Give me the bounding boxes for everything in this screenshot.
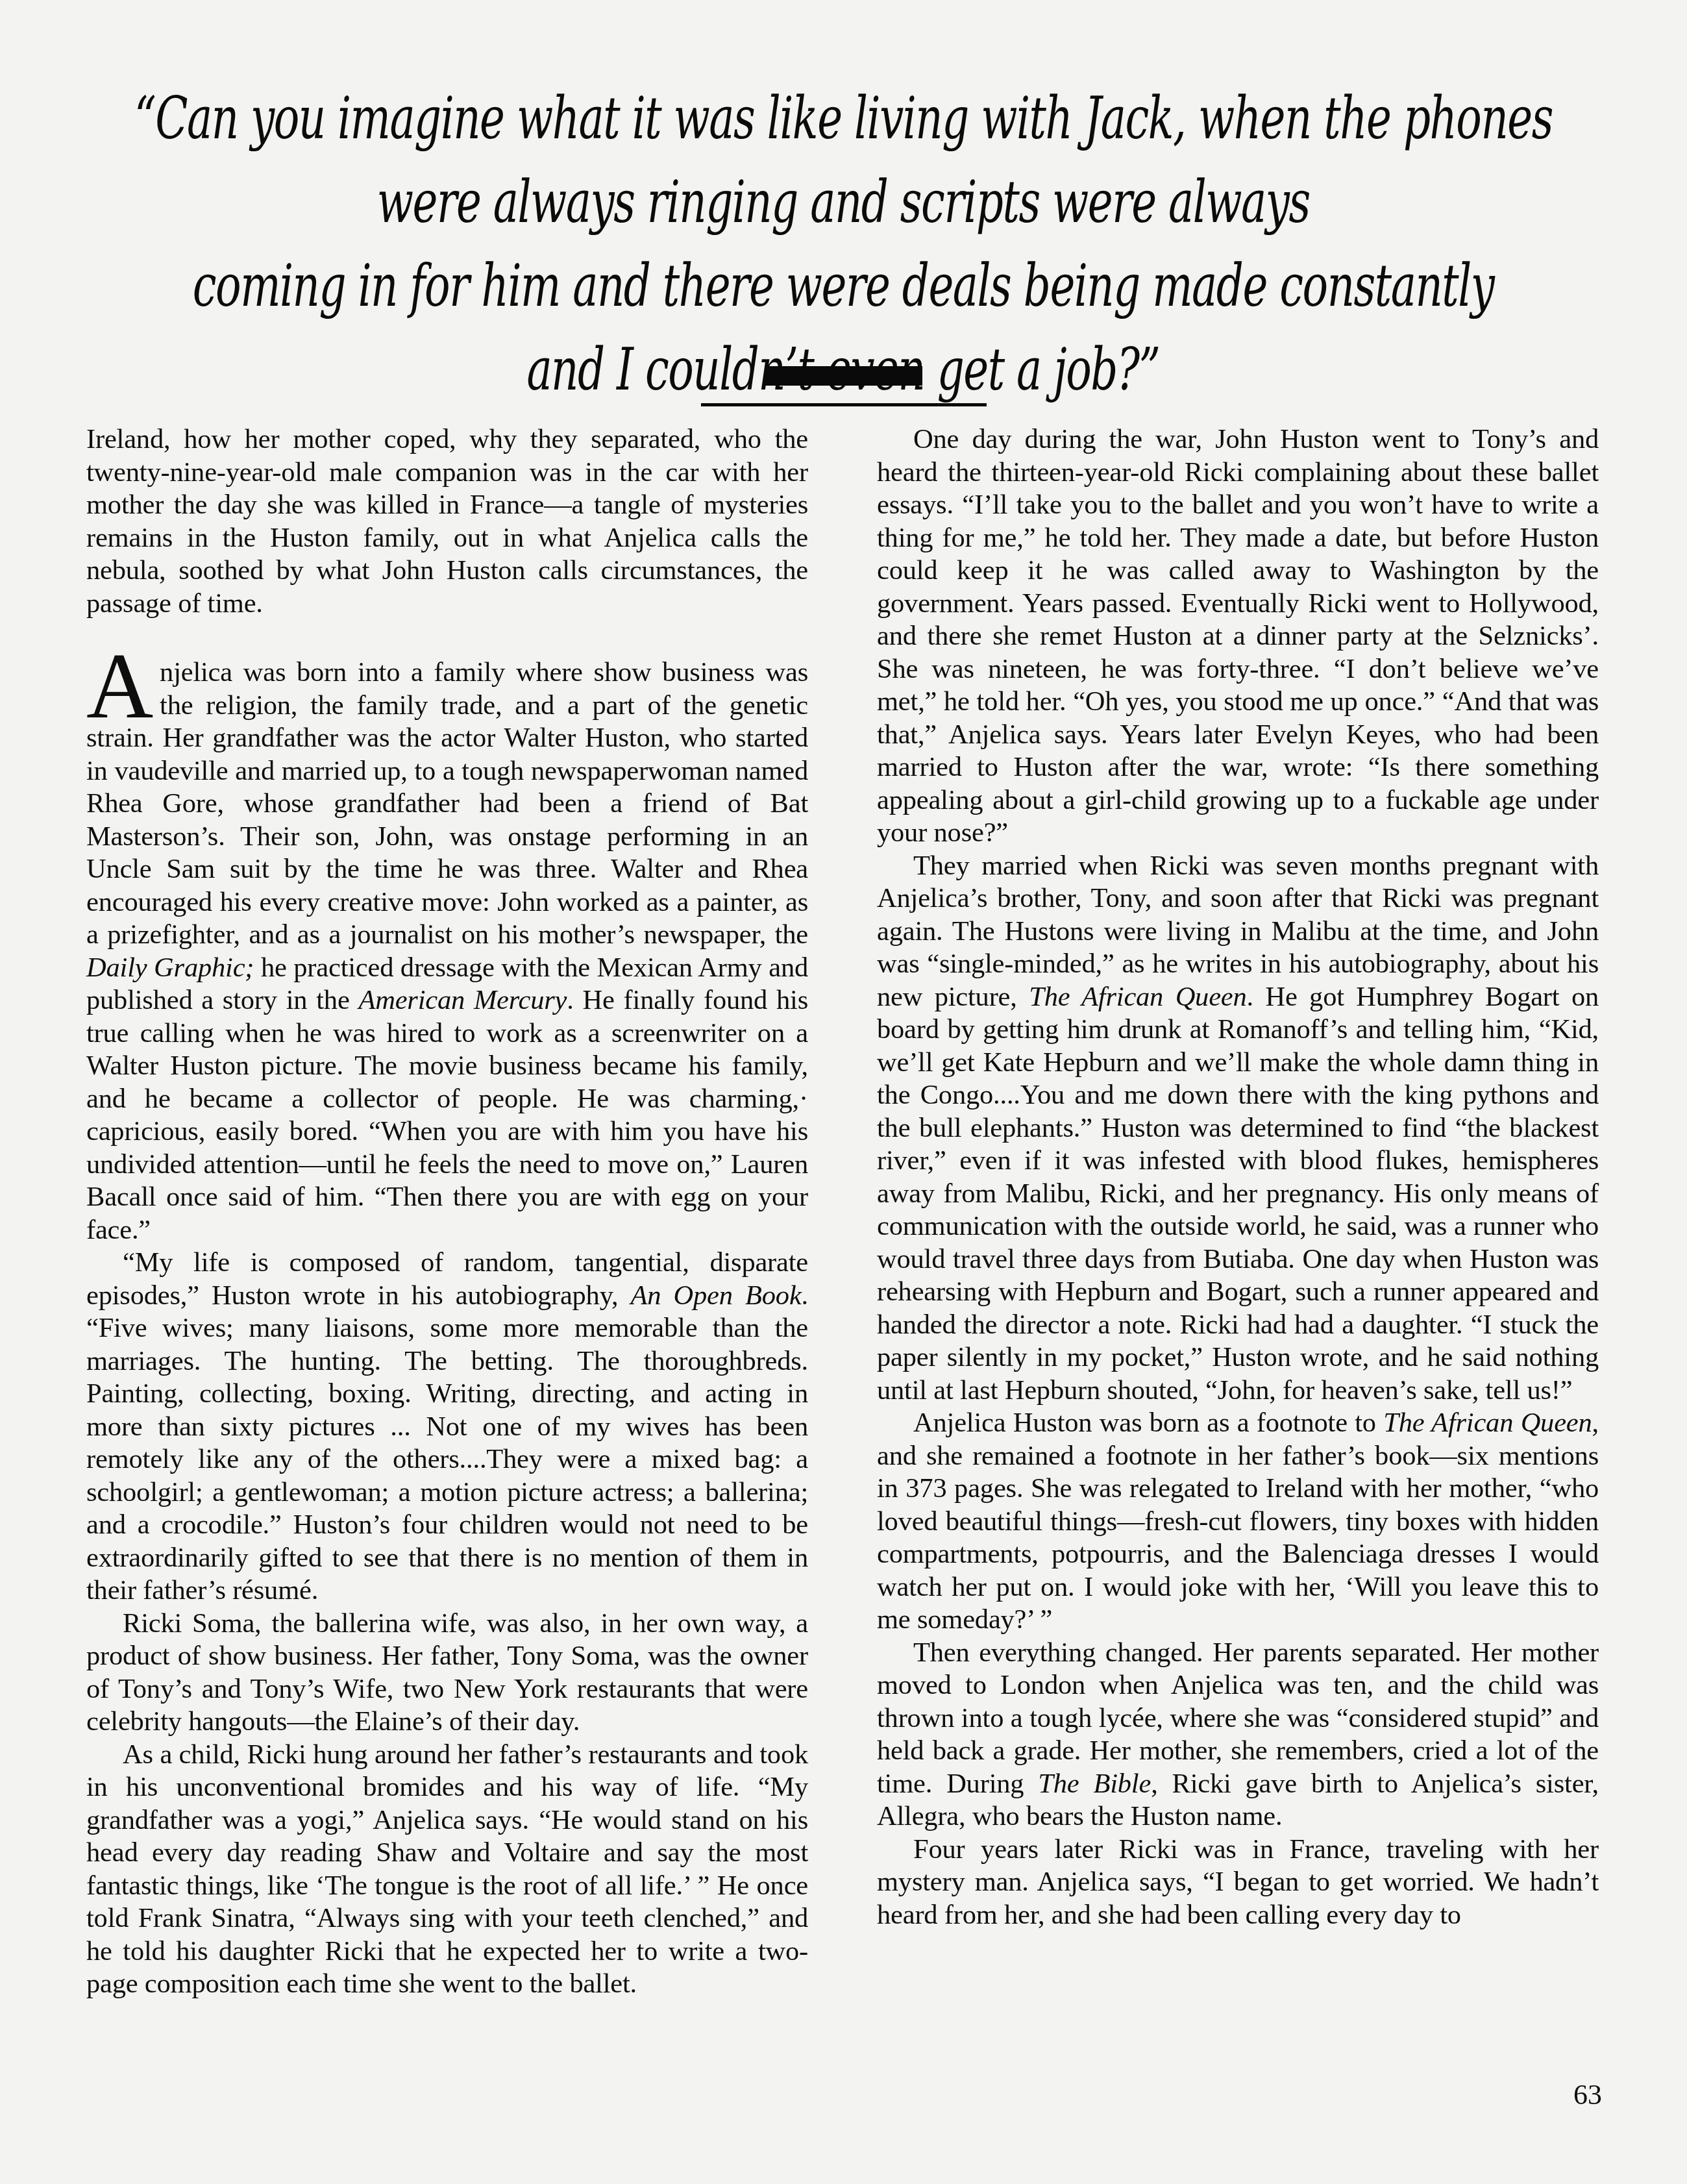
page-number: 63: [1573, 2079, 1602, 2111]
pull-quote: “Can you imagine what it was like living…: [0, 77, 1687, 412]
text-segment: . He finally found his true calling when…: [86, 985, 808, 1245]
text-segment: Four years later Ricki was in France, tr…: [877, 1834, 1599, 1930]
text-segment: As a child, Ricki hung around her father…: [86, 1739, 808, 2000]
drop-cap-letter: A: [86, 654, 160, 719]
text-segment: Anjelica Huston was born as a footnote t…: [913, 1408, 1383, 1438]
paragraph: Ricki Soma, the ballerina wife, was also…: [86, 1607, 808, 1739]
text-segment: . He got Humphrey Bogart on board by get…: [877, 982, 1599, 1406]
right-column: One day during the war, John Huston went…: [877, 423, 1599, 2001]
paragraph: Anjelica Huston was born as a footnote t…: [877, 1407, 1599, 1637]
paragraph: “My life is composed of random, tangenti…: [86, 1247, 808, 1607]
italic-text-segment: The African Queen: [1029, 982, 1246, 1012]
italic-text-segment: An Open Book: [631, 1280, 802, 1311]
article-body: Ireland, how her mother coped, why they …: [86, 423, 1599, 2001]
text-segment: . “Five wives; many liaisons, some more …: [86, 1280, 808, 1606]
section-divider: [0, 366, 1687, 406]
italic-text-segment: The Bible: [1038, 1768, 1151, 1799]
italic-text-segment: American Mercury: [358, 985, 567, 1015]
text-segment: , and she remained a footnote in her fat…: [877, 1408, 1599, 1635]
magazine-page: “Can you imagine what it was like living…: [0, 0, 1687, 2184]
pull-quote-line-1: “Can you imagine what it was like living…: [134, 77, 1553, 160]
paragraph: Four years later Ricki was in France, tr…: [877, 1833, 1599, 1932]
pull-quote-line-3: coming in for him and there were deals b…: [193, 244, 1494, 328]
paragraph: Anjelica was born into a family where sh…: [86, 656, 808, 1247]
paragraph: Ireland, how her mother coped, why they …: [86, 423, 808, 620]
text-segment: njelica was born into a family where sho…: [86, 657, 808, 950]
left-column: Ireland, how her mother coped, why they …: [86, 423, 808, 2001]
divider-thick-bar: [765, 366, 922, 386]
text-segment: Ricki Soma, the ballerina wife, was also…: [86, 1608, 808, 1737]
paragraph: They married when Ricki was seven months…: [877, 850, 1599, 1408]
text-segment: Ireland, how her mother coped, why they …: [86, 424, 808, 619]
paragraph: One day during the war, John Huston went…: [877, 423, 1599, 850]
italic-text-segment: The African Queen: [1383, 1408, 1592, 1438]
paragraph: As a child, Ricki hung around her father…: [86, 1739, 808, 2001]
paragraph: Then everything changed. Her parents sep…: [877, 1637, 1599, 1833]
italic-text-segment: Daily Graphic;: [86, 952, 254, 983]
pull-quote-line-2: were always ringing and scripts were alw…: [377, 160, 1310, 244]
text-segment: One day during the war, John Huston went…: [877, 424, 1599, 848]
divider-thin-rule: [701, 403, 987, 406]
